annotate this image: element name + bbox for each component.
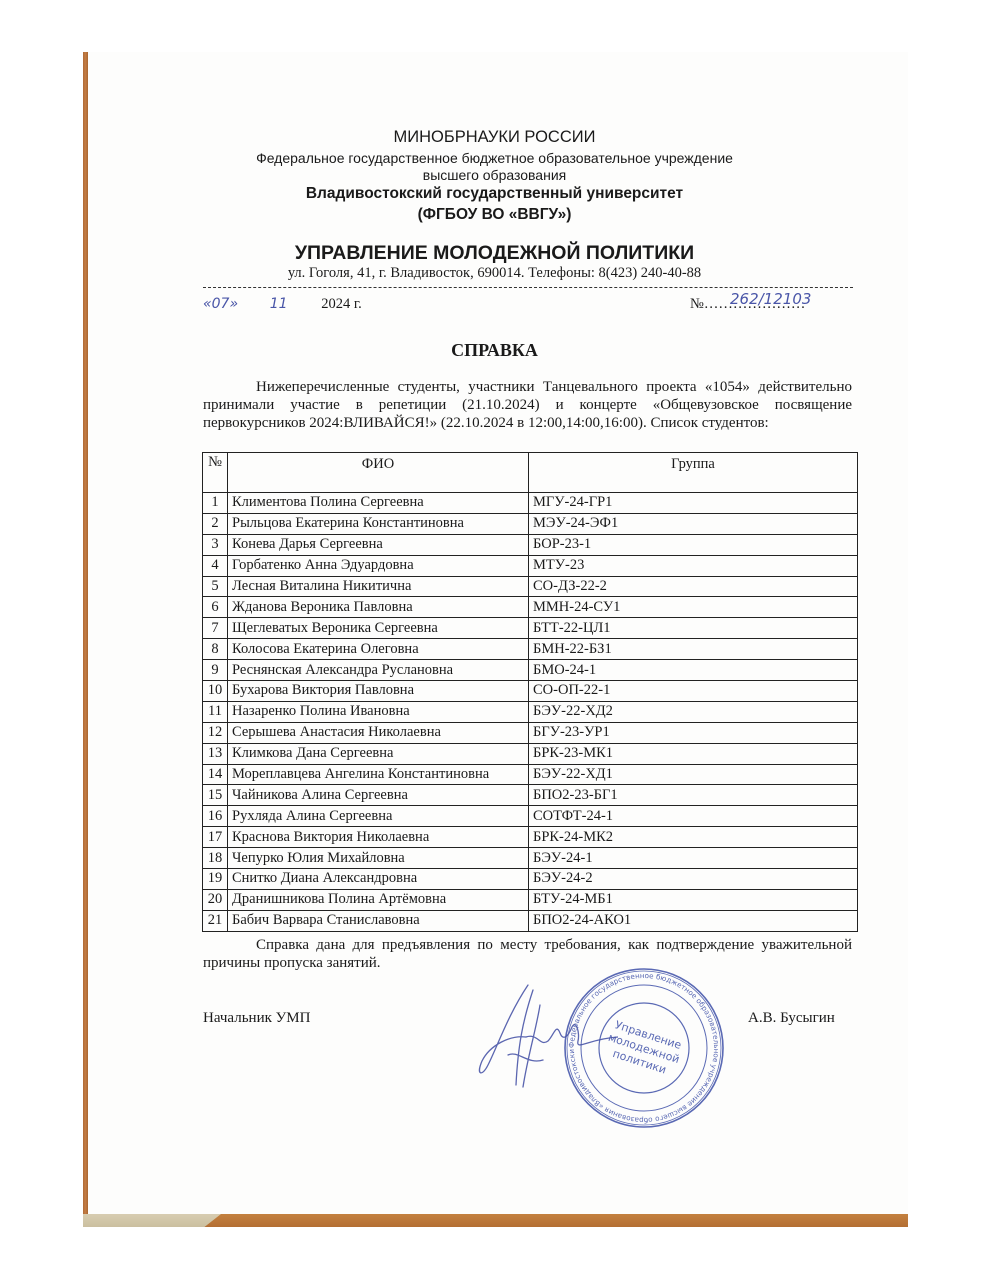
- student-group: БОР-23-1: [529, 534, 858, 555]
- student-group: БРК-23-МК1: [529, 743, 858, 764]
- row-number: 5: [203, 576, 228, 597]
- row-number: 16: [203, 806, 228, 827]
- student-name: Конева Дарья Сергеевна: [228, 534, 529, 555]
- header-divider: [203, 287, 853, 288]
- student-name: Чепурко Юлия Михайловна: [228, 848, 529, 869]
- institution-line-1: Федеральное государственное бюджетное об…: [0, 150, 989, 166]
- student-name: Климкова Дана Сергеевна: [228, 743, 529, 764]
- student-group: БМН-22-БЗ1: [529, 639, 858, 660]
- reg-number-label: №: [690, 296, 704, 312]
- table-row: 13Климкова Дана СергеевнаБРК-23-МК1: [203, 743, 858, 764]
- row-number: 14: [203, 764, 228, 785]
- student-name: Щеглеватых Вероника Сергеевна: [228, 618, 529, 639]
- student-group: БРК-24-МК2: [529, 827, 858, 848]
- department-name: УПРАВЛЕНИЕ МОЛОДЕЖНОЙ ПОЛИТИКИ: [0, 242, 989, 265]
- row-number: 9: [203, 660, 228, 681]
- row-number: 15: [203, 785, 228, 806]
- student-group: СО-ДЗ-22-2: [529, 576, 858, 597]
- table-row: 18Чепурко Юлия МихайловнаБЭУ-24-1: [203, 848, 858, 869]
- header-number: №: [203, 453, 228, 493]
- table-header-row: № ФИО Группа: [203, 453, 858, 493]
- table-row: 15Чайникова Алина СергеевнаБПО2-23-БГ1: [203, 785, 858, 806]
- row-number: 12: [203, 722, 228, 743]
- row-number: 6: [203, 597, 228, 618]
- student-group: БЭУ-22-ХД1: [529, 764, 858, 785]
- student-name: Колосова Екатерина Олеговна: [228, 639, 529, 660]
- student-name: Чайникова Алина Сергеевна: [228, 785, 529, 806]
- ministry-name: МИНОБРНАУКИ РОССИИ: [0, 128, 989, 147]
- table-row: 7Щеглеватых Вероника СергеевнаБТТ-22-ЦЛ1: [203, 618, 858, 639]
- student-group: БПО2-23-БГ1: [529, 785, 858, 806]
- row-number: 1: [203, 493, 228, 514]
- university-name: Владивостокский государственный универси…: [0, 185, 989, 203]
- student-name: Горбатенко Анна Эдуардовна: [228, 555, 529, 576]
- student-group: БПО2-24-АКО1: [529, 910, 858, 931]
- students-table: № ФИО Группа 1Климентова Полина Сергеевн…: [202, 452, 858, 932]
- table-row: 3Конева Дарья СергеевнаБОР-23-1: [203, 534, 858, 555]
- reg-number-value: 262/12103: [730, 290, 811, 308]
- date-year: 2024 г.: [321, 296, 362, 312]
- table-row: 6Жданова Вероника ПавловнаММН-24-СУ1: [203, 597, 858, 618]
- row-number: 8: [203, 639, 228, 660]
- student-group: БТУ-24-МБ1: [529, 889, 858, 910]
- row-number: 4: [203, 555, 228, 576]
- student-name: Реснянская Александра Руслановна: [228, 660, 529, 681]
- department-address: ул. Гоголя, 41, г. Владивосток, 690014. …: [0, 265, 989, 282]
- table-row: 16Рухляда Алина СергеевнаСОТФТ-24-1: [203, 806, 858, 827]
- table-row: 9Реснянская Александра РуслановнаБМО-24-…: [203, 660, 858, 681]
- row-number: 21: [203, 910, 228, 931]
- row-number: 2: [203, 513, 228, 534]
- table-row: 2Рыльцова Екатерина КонстантиновнаМЭУ-24…: [203, 513, 858, 534]
- table-row: 14Мореплавцева Ангелина КонстантиновнаБЭ…: [203, 764, 858, 785]
- table-row: 10Бухарова Виктория ПавловнаСО-ОП-22-1: [203, 681, 858, 702]
- row-number: 7: [203, 618, 228, 639]
- table-row: 8Колосова Екатерина ОлеговнаБМН-22-БЗ1: [203, 639, 858, 660]
- date-month: 11: [270, 296, 288, 312]
- row-number: 11: [203, 701, 228, 722]
- student-group: БЭУ-22-ХД2: [529, 701, 858, 722]
- row-number: 20: [203, 889, 228, 910]
- row-number: 19: [203, 869, 228, 890]
- table-row: 1Климентова Полина СергеевнаМГУ-24-ГР1: [203, 493, 858, 514]
- student-name: Мореплавцева Ангелина Константиновна: [228, 764, 529, 785]
- date-day: 07: [212, 296, 230, 312]
- institution-line-2: высшего образования: [0, 167, 989, 183]
- row-number: 13: [203, 743, 228, 764]
- table-row: 11Назаренко Полина ИвановнаБЭУ-22-ХД2: [203, 701, 858, 722]
- table-row: 5Лесная Виталина НикитичнаСО-ДЗ-22-2: [203, 576, 858, 597]
- student-group: СО-ОП-22-1: [529, 681, 858, 702]
- student-name: Назаренко Полина Ивановна: [228, 701, 529, 722]
- student-name: Рыльцова Екатерина Константиновна: [228, 513, 529, 534]
- student-group: ММН-24-СУ1: [529, 597, 858, 618]
- intro-paragraph: Нижеперечисленные студенты, участники Та…: [203, 378, 852, 432]
- signatory-position: Начальник УМП: [203, 1010, 310, 1027]
- university-abbrev: (ФГБОУ ВО «ВВГУ»): [0, 206, 989, 224]
- student-name: Краснова Виктория Николаевна: [228, 827, 529, 848]
- student-group: МТУ-23: [529, 555, 858, 576]
- document-title: СПРАВКА: [0, 340, 989, 361]
- student-name: Рухляда Алина Сергеевна: [228, 806, 529, 827]
- table-row: 21Бабич Варвара СтаниславовнаБПО2-24-АКО…: [203, 910, 858, 931]
- header-group: Группа: [529, 453, 858, 493]
- signatory-name: А.В. Бусыгин: [748, 1010, 835, 1027]
- student-name: Бухарова Виктория Павловна: [228, 681, 529, 702]
- date-open-quote: «: [203, 296, 212, 312]
- registration-number: №………………… 262/12103: [690, 296, 805, 313]
- table-row: 19Снитко Диана АлександровнаБЭУ-24-2: [203, 869, 858, 890]
- row-number: 10: [203, 681, 228, 702]
- student-group: СОТФТ-24-1: [529, 806, 858, 827]
- students-table-body: 1Климентова Полина СергеевнаМГУ-24-ГР12Р…: [203, 493, 858, 932]
- student-group: БЭУ-24-1: [529, 848, 858, 869]
- desk-edge-bottom-light: [83, 1214, 221, 1227]
- student-name: Климентова Полина Сергеевна: [228, 493, 529, 514]
- table-row: 4Горбатенко Анна ЭдуардовнаМТУ-23: [203, 555, 858, 576]
- student-group: МЭУ-24-ЭФ1: [529, 513, 858, 534]
- student-group: БЭУ-24-2: [529, 869, 858, 890]
- header-fio: ФИО: [228, 453, 529, 493]
- student-group: БГУ-23-УР1: [529, 722, 858, 743]
- table-row: 20Дранишникова Полина АртёмовнаБТУ-24-МБ…: [203, 889, 858, 910]
- closing-paragraph: Справка дана для предъявления по месту т…: [203, 936, 852, 972]
- student-group: БМО-24-1: [529, 660, 858, 681]
- student-name: Бабич Варвара Станиславовна: [228, 910, 529, 931]
- student-group: МГУ-24-ГР1: [529, 493, 858, 514]
- date-close-quote: »: [229, 296, 238, 312]
- table-row: 12Серышева Анастасия НиколаевнаБГУ-23-УР…: [203, 722, 858, 743]
- student-name: Серышева Анастасия Николаевна: [228, 722, 529, 743]
- row-number: 17: [203, 827, 228, 848]
- row-number: 3: [203, 534, 228, 555]
- student-name: Дранишникова Полина Артёмовна: [228, 889, 529, 910]
- student-name: Жданова Вероника Павловна: [228, 597, 529, 618]
- student-group: БТТ-22-ЦЛ1: [529, 618, 858, 639]
- handwritten-signature-icon: [468, 975, 618, 1095]
- student-name: Лесная Виталина Никитична: [228, 576, 529, 597]
- table-row: 17Краснова Виктория НиколаевнаБРК-24-МК2: [203, 827, 858, 848]
- document-date: «07» 11 2024 г.: [203, 296, 362, 313]
- row-number: 18: [203, 848, 228, 869]
- student-name: Снитко Диана Александровна: [228, 869, 529, 890]
